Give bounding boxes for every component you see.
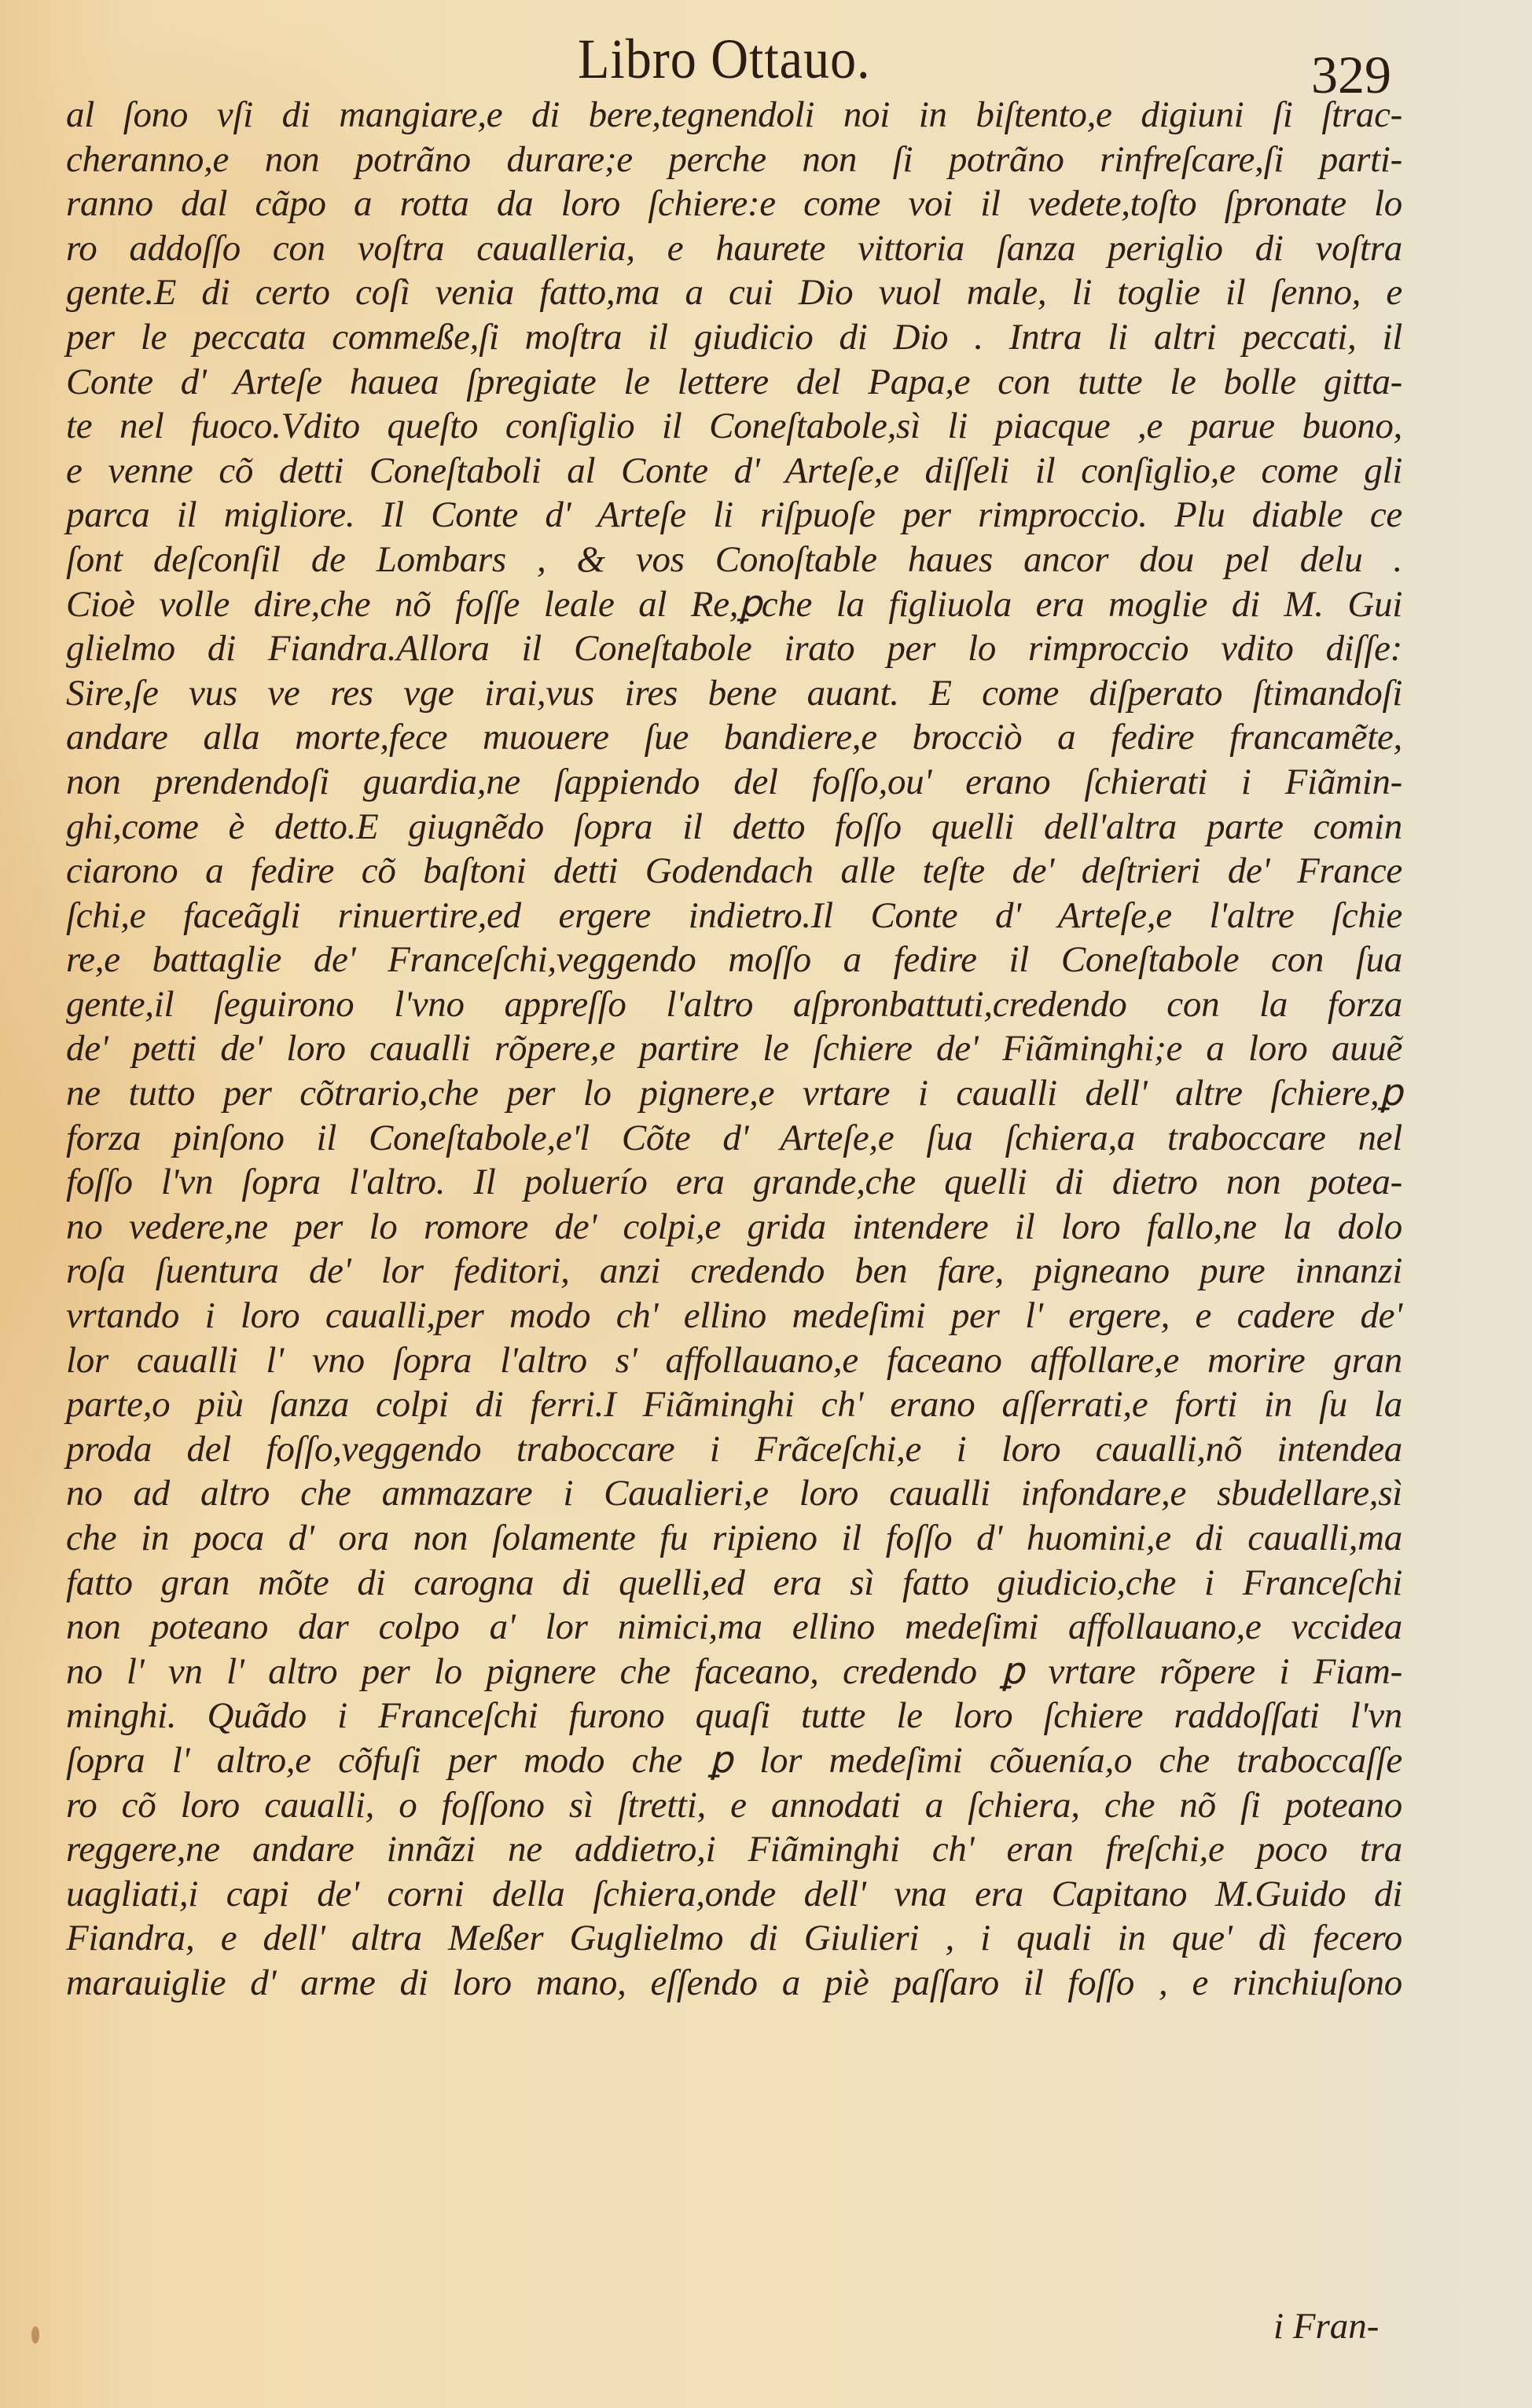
text-line: te nel fuoco.Vdito queſto conſiglio il C… bbox=[66, 404, 1402, 449]
text-line: forza pinſono il Coneſtabole,e'l Cõte d'… bbox=[66, 1116, 1402, 1161]
text-line: uagliati,i capi de' corni della ſchiera,… bbox=[66, 1872, 1402, 1917]
text-line: parte,o più ſanza colpi di ferri.I Fiãmi… bbox=[66, 1382, 1402, 1427]
scanned-book-page: Libro Ottauo. 329 al ſono vſi di mangiar… bbox=[0, 0, 1532, 2408]
body-text: al ſono vſi di mangiare,e di bere,tegnen… bbox=[66, 93, 1402, 2006]
text-line: per le peccata commeße,ſi moſtra il giud… bbox=[66, 315, 1402, 360]
text-line: Sire,ſe vus ve res vge irai,vus ires ben… bbox=[66, 671, 1402, 716]
text-line: e venne cõ detti Coneſtaboli al Conte d'… bbox=[66, 449, 1402, 494]
text-line: proda del foſſo,veggendo traboccare i Fr… bbox=[66, 1427, 1402, 1472]
text-line: glielmo di Fiandra.Allora il Coneſtabole… bbox=[66, 626, 1402, 671]
text-line: ſopra l' altro,e cõfuſi per modo che ꝑ l… bbox=[66, 1738, 1402, 1783]
text-line: no ad altro che ammazare i Caualieri,e l… bbox=[66, 1471, 1402, 1516]
text-line: gente,il ſeguirono l'vno appreſſo l'altr… bbox=[66, 982, 1402, 1027]
text-line: foſſo l'vn ſopra l'altro. Il poluerío er… bbox=[66, 1160, 1402, 1205]
text-line: no l' vn l' altro per lo pignere che fac… bbox=[66, 1650, 1402, 1694]
text-line: reggere,ne andare innãzi ne addietro,i F… bbox=[66, 1827, 1402, 1872]
text-line: Conte d' Arteſe hauea ſpregiate le lette… bbox=[66, 360, 1402, 405]
text-line: ranno dal cãpo a rotta da loro ſchiere:e… bbox=[66, 182, 1402, 226]
foxing-stain bbox=[31, 2326, 39, 2344]
text-line: minghi. Quãdo i Franceſchi furono quaſi … bbox=[66, 1694, 1402, 1738]
text-line: gente.E di certo coſì venia fatto,ma a c… bbox=[66, 270, 1402, 315]
running-title: Libro Ottauo. bbox=[578, 27, 871, 92]
text-line: al ſono vſi di mangiare,e di bere,tegnen… bbox=[66, 93, 1402, 138]
text-line: vrtando i loro caualli,per modo ch' elli… bbox=[66, 1294, 1402, 1338]
text-line: non poteano dar colpo a' lor nimici,ma e… bbox=[66, 1605, 1402, 1650]
text-line: ro cõ loro caualli, o foſſono sì ſtretti… bbox=[66, 1783, 1402, 1828]
text-line: ro addoſſo con voſtra caualleria, e haur… bbox=[66, 226, 1402, 271]
text-line: che in poca d' ora non ſolamente fu ripi… bbox=[66, 1516, 1402, 1561]
text-line: no vedere,ne per lo romore de' colpi,e g… bbox=[66, 1205, 1402, 1250]
text-line: roſa ſuentura de' lor feditori, anzi cre… bbox=[66, 1249, 1402, 1294]
text-line: parca il migliore. Il Conte d' Arteſe li… bbox=[66, 493, 1402, 538]
text-line: marauiglie d' arme di loro mano, eſſendo… bbox=[66, 1961, 1402, 2006]
text-line: fatto gran mõte di carogna di quelli,ed … bbox=[66, 1561, 1402, 1606]
text-line: ghi,come è detto.E giugnẽdo ſopra il det… bbox=[66, 805, 1402, 850]
text-line: lor caualli l' vno ſopra l'altro s' affo… bbox=[66, 1338, 1402, 1383]
text-line: ciarono a fedire cõ baſtoni detti Godend… bbox=[66, 849, 1402, 894]
text-line: cheranno,e non potrãno durare;e perche n… bbox=[66, 138, 1402, 182]
text-line: ne tutto per cõtrario,che per lo pignere… bbox=[66, 1071, 1402, 1116]
text-line: non prendendoſi guardia,ne ſappiendo del… bbox=[66, 760, 1402, 805]
text-line: Fiandra, e dell' altra Meßer Guglielmo d… bbox=[66, 1916, 1402, 1961]
text-line: re,e battaglie de' Franceſchi,veggendo m… bbox=[66, 938, 1402, 982]
text-line: ſont deſconſil de Lombars , & vos Conoſt… bbox=[66, 538, 1402, 582]
text-line: andare alla morte,fece muouere ſue bandi… bbox=[66, 715, 1402, 760]
text-line: ſchi,e faceãgli rinuertire,ed ergere ind… bbox=[66, 894, 1402, 938]
text-line: Cioè volle dire,che nõ foſſe leale al Re… bbox=[66, 582, 1402, 627]
catchword: i Fran- bbox=[1273, 2305, 1379, 2347]
text-line: de' petti de' loro caualli rõpere,e part… bbox=[66, 1026, 1402, 1071]
